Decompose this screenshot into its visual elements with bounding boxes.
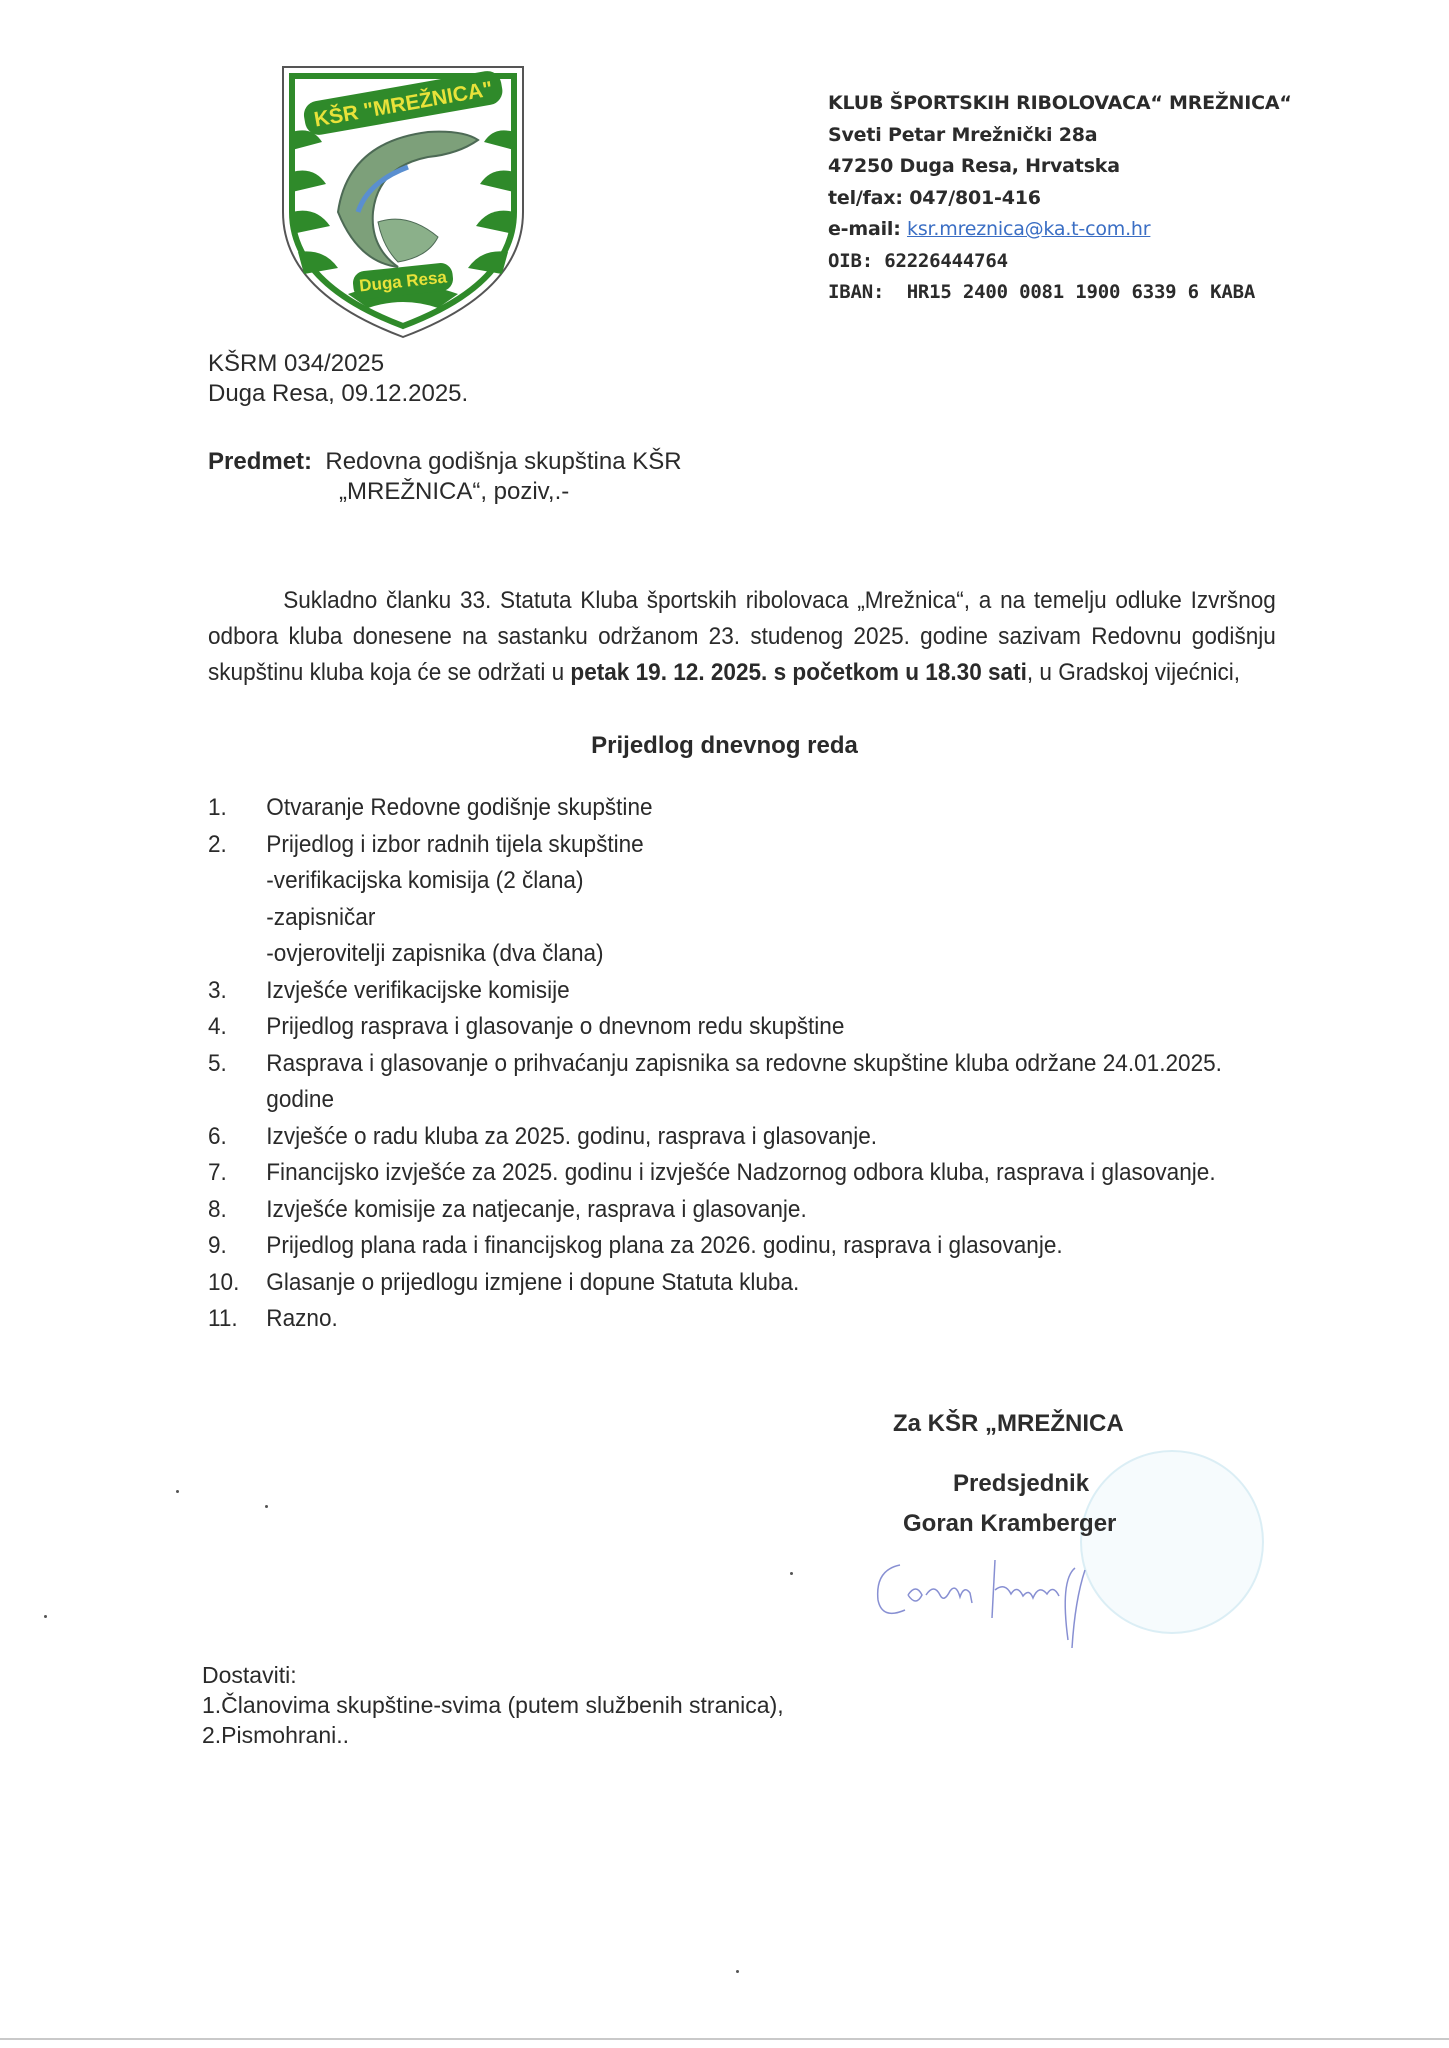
email-line: e-mail: ksr.mreznica@ka.t-com.hr xyxy=(828,214,1292,246)
club-logo: KŠR "MREŽNICA" Duga Resa xyxy=(278,62,528,342)
scan-speck xyxy=(790,1572,793,1575)
handwritten-signature xyxy=(860,1540,1160,1650)
org-name: KLUB ŠPORTSKIH RIBOLOVACA“ MREŽNICA“ xyxy=(828,88,1292,120)
signature-role: Predsjednik xyxy=(893,1464,1124,1504)
agenda-item: 5.Rasprava i glasovanje o prihvaćanju za… xyxy=(208,1046,1272,1119)
signature-name: Goran Kramberger xyxy=(893,1504,1124,1544)
phone-value: 047/801-416 xyxy=(909,187,1041,209)
agenda-item-text: Glasanje o prijedlogu izmjene i dopune S… xyxy=(266,1265,1272,1302)
distribution-item: 1.Članovima skupštine-svima (putem služb… xyxy=(202,1690,784,1720)
subject-line1: Redovna godišnja skupština KŠR xyxy=(325,448,681,475)
intro-paragraph: Sukladno članku 33. Statuta Kluba šports… xyxy=(208,583,1276,691)
agenda-item: 11.Razno. xyxy=(208,1301,1272,1338)
agenda-item: 1.Otvaranje Redovne godišnje skupštine xyxy=(208,790,1272,827)
page-edge xyxy=(0,2038,1449,2040)
city: 47250 Duga Resa, Hrvatska xyxy=(828,151,1292,183)
agenda-item-number: 4. xyxy=(208,1009,266,1046)
reference-block: KŠRM 034/2025 Duga Resa, 09.12.2025. xyxy=(208,349,468,409)
scan-speck xyxy=(736,1970,739,1973)
agenda-item-number: 7. xyxy=(208,1155,266,1192)
phone-label: tel/fax: xyxy=(828,187,903,209)
agenda-item-number: 5. xyxy=(208,1046,266,1119)
agenda-item: 8.Izvješće komisije za natjecanje, raspr… xyxy=(208,1192,1272,1229)
agenda-item-text: Izvješće komisije za natjecanje, rasprav… xyxy=(266,1192,1272,1229)
agenda-item-number: 2. xyxy=(208,827,266,864)
subject-label: Predmet: xyxy=(208,448,312,475)
agenda-item-number: 1. xyxy=(208,790,266,827)
agenda-item-text: Prijedlog rasprava i glasovanje o dnevno… xyxy=(266,1009,1272,1046)
oib-value: 62226444764 xyxy=(884,250,1008,272)
distribution-block: Dostaviti: 1.Članovima skupštine-svima (… xyxy=(202,1660,784,1750)
subject-block: Predmet: Redovna godišnja skupština KŠR … xyxy=(208,447,682,507)
scan-speck xyxy=(44,1615,47,1618)
scan-speck xyxy=(176,1490,179,1493)
agenda-item-text: Razno. xyxy=(266,1301,1272,1338)
agenda-item: 6.Izvješće o radu kluba za 2025. godinu,… xyxy=(208,1119,1272,1156)
agenda-item-number: 8. xyxy=(208,1192,266,1229)
agenda-item-text: Otvaranje Redovne godišnje skupštine xyxy=(266,790,1272,827)
agenda-item: 2.Prijedlog i izbor radnih tijela skupšt… xyxy=(208,827,1272,864)
iban-value: HR15 2400 0081 1900 6339 6 KABA xyxy=(907,281,1255,303)
agenda-item-text: Izvješće o radu kluba za 2025. godinu, r… xyxy=(266,1119,1272,1156)
agenda-item-number: 11. xyxy=(208,1301,266,1338)
agenda-item-text: Rasprava i glasovanje o prihvaćanju zapi… xyxy=(266,1046,1272,1119)
oib-label: OIB: xyxy=(828,250,873,272)
agenda-item-number: 3. xyxy=(208,973,266,1010)
phone-line: tel/fax: 047/801-416 xyxy=(828,183,1292,215)
agenda-item: 4.Prijedlog rasprava i glasovanje o dnev… xyxy=(208,1009,1272,1046)
agenda-item-text: Financijsko izvješće za 2025. godinu i i… xyxy=(266,1155,1272,1192)
agenda-title: Prijedlog dnevnog reda xyxy=(0,732,1449,760)
email-label: e-mail: xyxy=(828,218,901,240)
agenda-item-text: Prijedlog i izbor radnih tijela skupštin… xyxy=(266,827,1272,864)
agenda-item-text: Izvješće verifikacijske komisije xyxy=(266,973,1272,1010)
signature-org: Za KŠR „MREŽNICA xyxy=(893,1410,1124,1438)
agenda-subitem: -verifikacijska komisija (2 člana) xyxy=(208,863,1272,900)
meeting-datetime: petak 19. 12. 2025. s početkom u 18.30 s… xyxy=(570,659,1026,686)
agenda-item: 9.Prijedlog plana rada i financijskog pl… xyxy=(208,1228,1272,1265)
agenda-item: 10.Glasanje o prijedlogu izmjene i dopun… xyxy=(208,1265,1272,1302)
agenda-subitem: -zapisničar xyxy=(208,900,1272,937)
subject-line2: „MREŽNICA“, poziv,.- xyxy=(208,477,682,507)
iban-label: IBAN: xyxy=(828,281,884,303)
iban-line: IBAN: HR15 2400 0081 1900 6339 6 KABA xyxy=(828,277,1292,309)
club-contact-block: KLUB ŠPORTSKIH RIBOLOVACA“ MREŽNICA“ Sve… xyxy=(828,88,1292,309)
distribution-title: Dostaviti: xyxy=(202,1660,784,1690)
signature-block: Za KŠR „MREŽNICA Predsjednik Goran Kramb… xyxy=(893,1410,1124,1544)
agenda-item-number: 9. xyxy=(208,1228,266,1265)
reference-number: KŠRM 034/2025 xyxy=(208,349,468,379)
agenda-subitem: -ovjerovitelji zapisnika (dva člana) xyxy=(208,936,1272,973)
address: Sveti Petar Mrežnički 28a xyxy=(828,120,1292,152)
agenda-item-number: 6. xyxy=(208,1119,266,1156)
meeting-location: , u Gradskoj vijećnici, xyxy=(1027,659,1240,686)
place-date: Duga Resa, 09.12.2025. xyxy=(208,379,468,409)
scan-speck xyxy=(265,1505,268,1508)
distribution-item: 2.Pismohrani.. xyxy=(202,1720,784,1750)
oib-line: OIB: 62226444764 xyxy=(828,246,1292,278)
agenda-item: 7.Financijsko izvješće za 2025. godinu i… xyxy=(208,1155,1272,1192)
agenda-item: 3.Izvješće verifikacijske komisije xyxy=(208,973,1272,1010)
agenda-item-text: Prijedlog plana rada i financijskog plan… xyxy=(266,1228,1272,1265)
email-link[interactable]: ksr.mreznica@ka.t-com.hr xyxy=(907,218,1150,240)
agenda-item-number: 10. xyxy=(208,1265,266,1302)
agenda-list: 1.Otvaranje Redovne godišnje skupštine2.… xyxy=(208,790,1272,1338)
